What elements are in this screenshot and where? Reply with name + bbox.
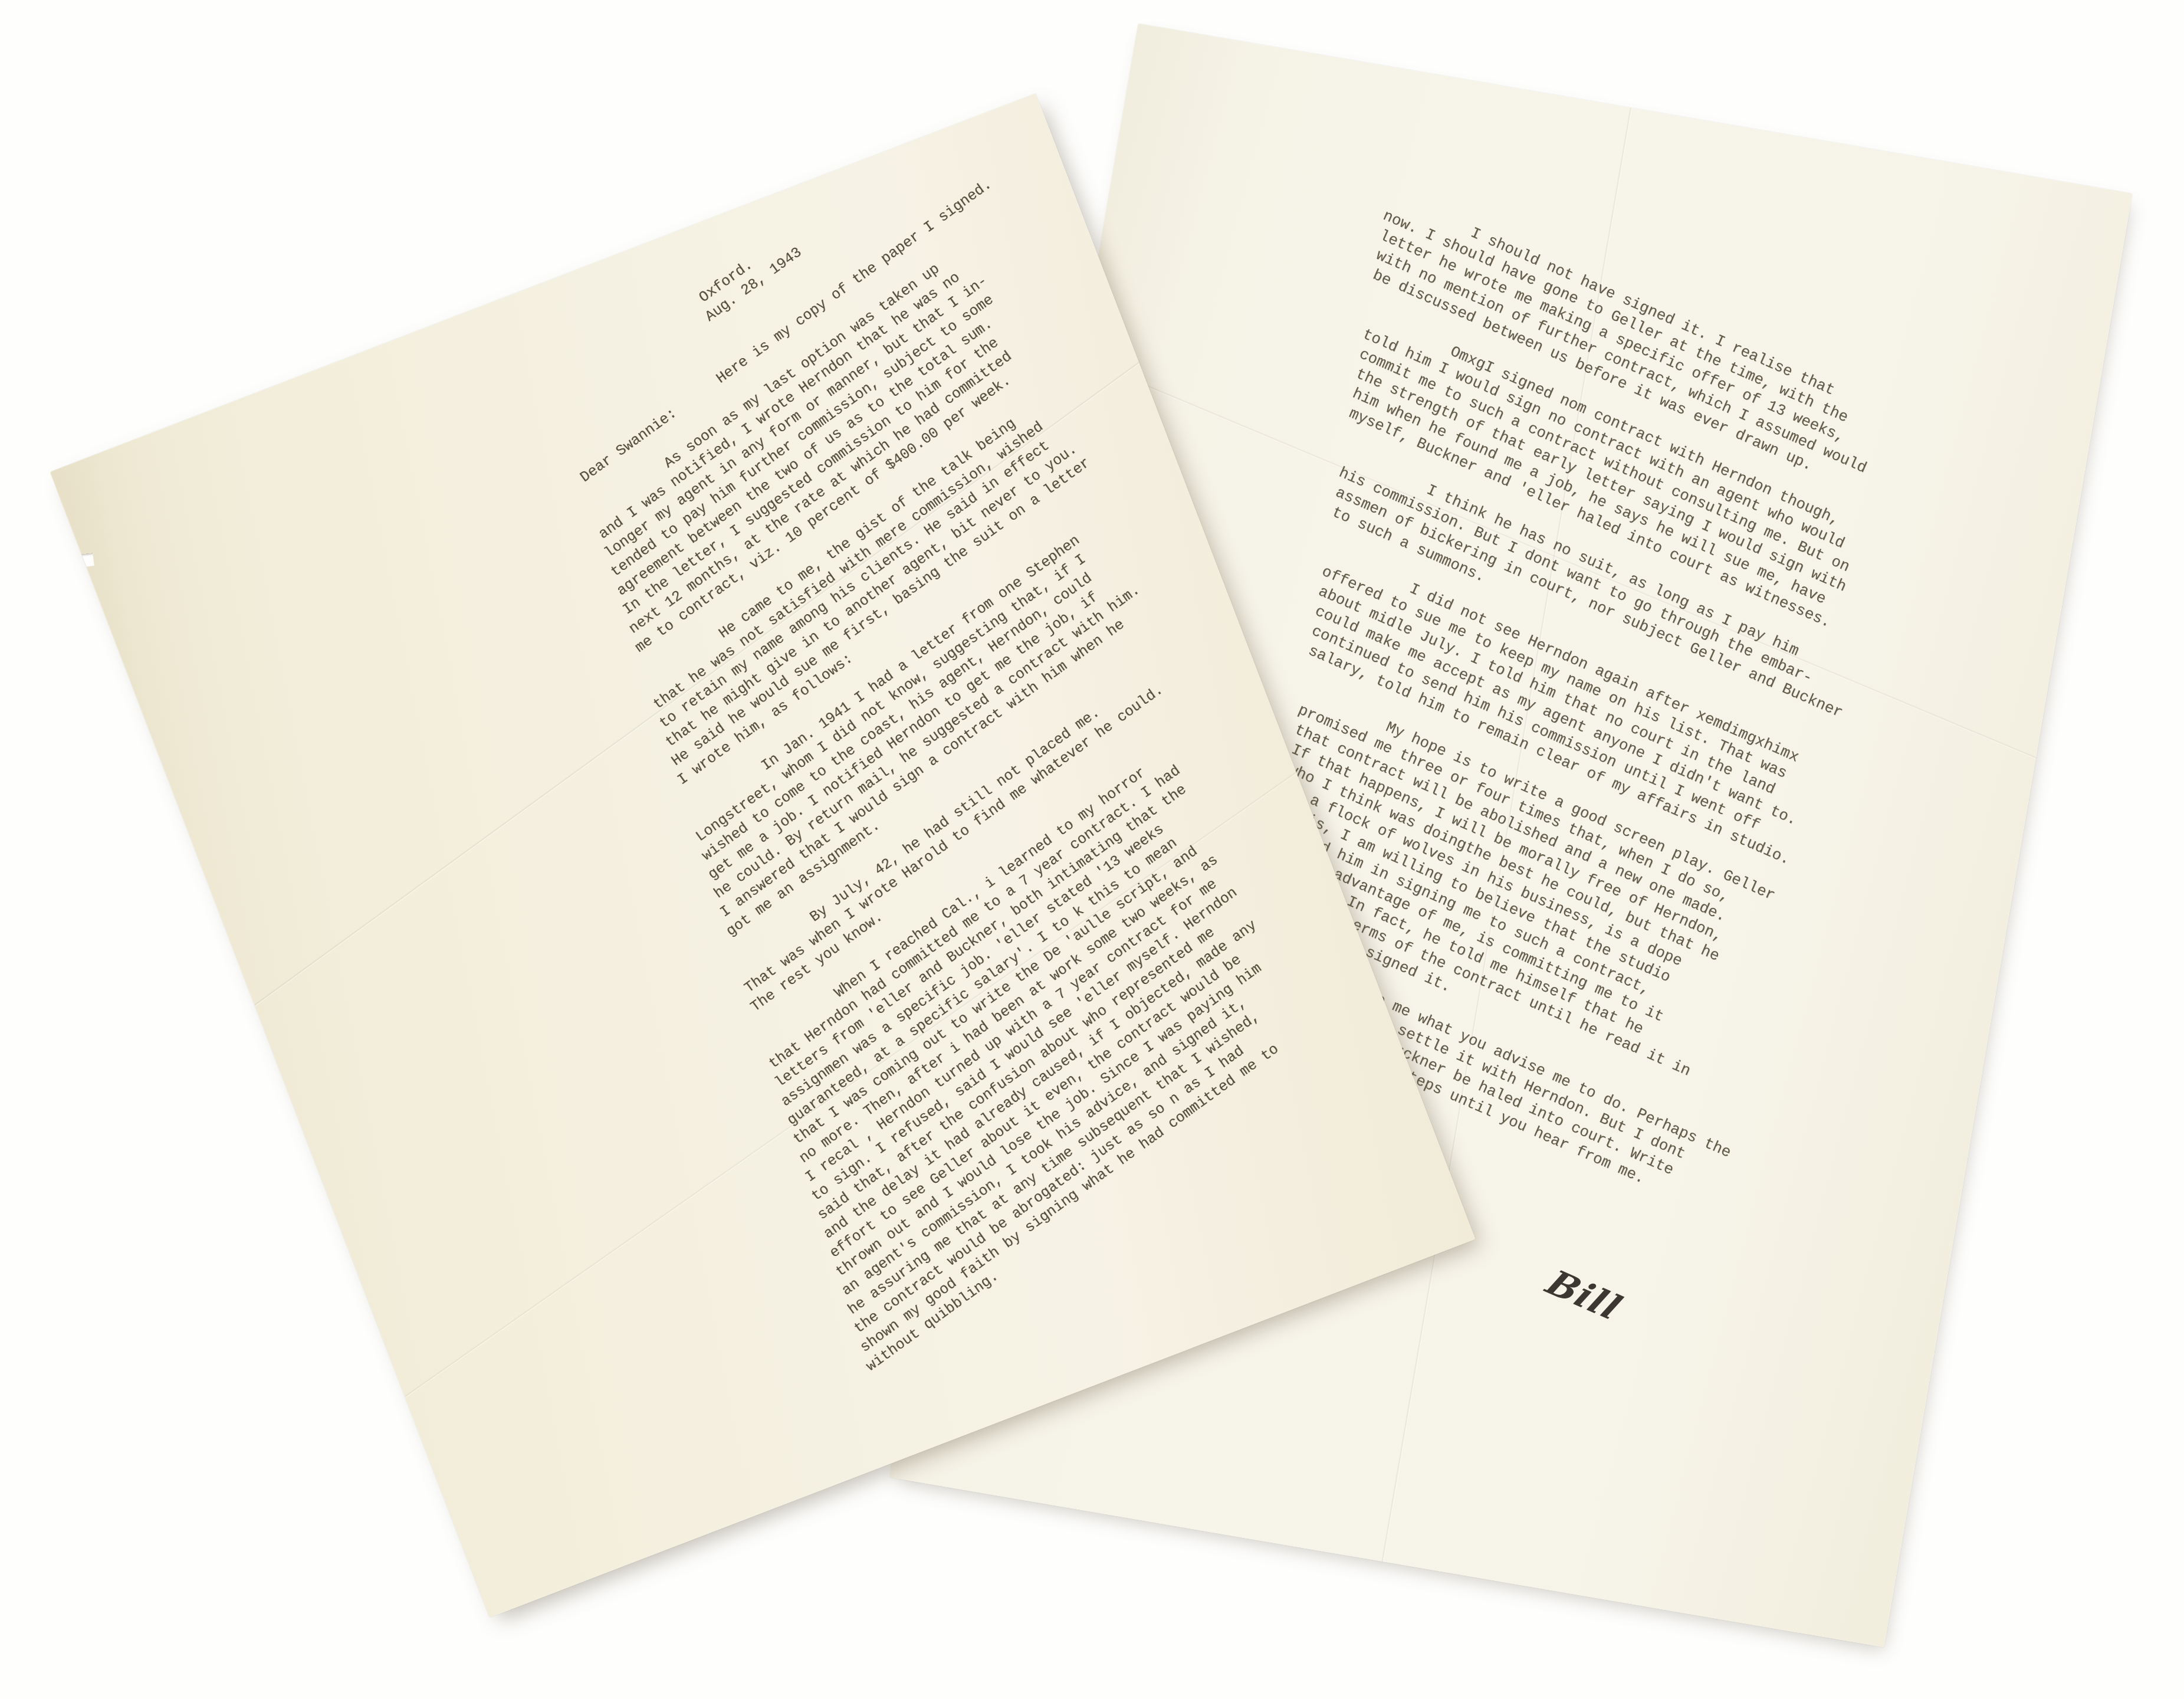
letter-photo: Oxford. Aug. 28, 1943 Dear Swannie: Here… <box>0 0 2184 1699</box>
handwritten-signature: Bill <box>1539 1263 1630 1329</box>
paper-tear <box>75 553 94 568</box>
